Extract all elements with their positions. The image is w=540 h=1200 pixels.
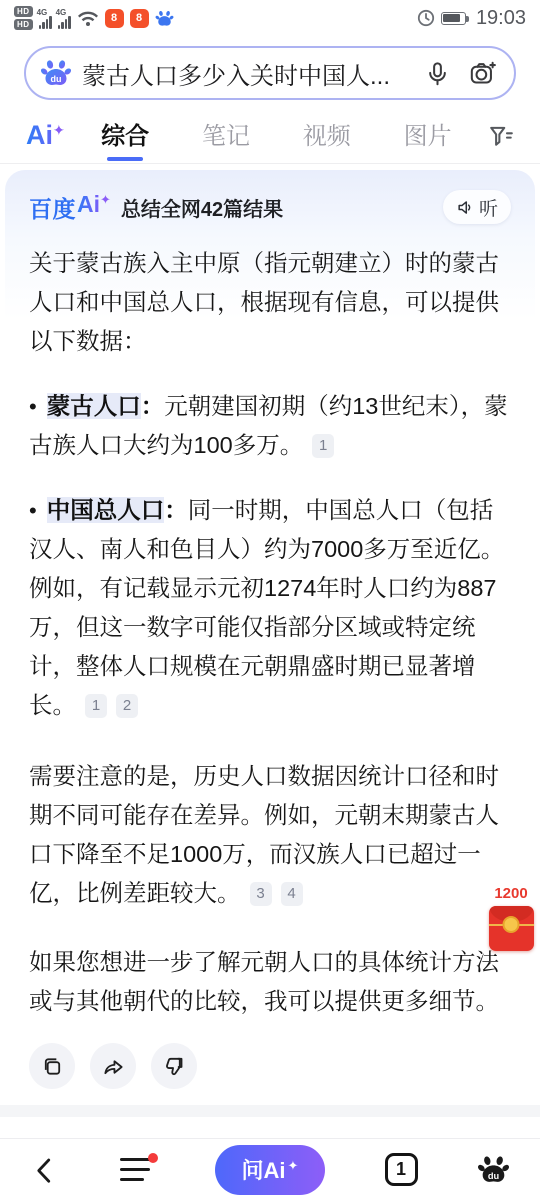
listen-label: 听 bbox=[479, 194, 498, 221]
signal-icon: 4G bbox=[39, 8, 52, 29]
paw-du-text: du bbox=[488, 1171, 500, 1181]
copy-button[interactable] bbox=[29, 1043, 75, 1089]
citation-badge[interactable]: 3 bbox=[250, 882, 272, 906]
wifi-icon bbox=[77, 10, 99, 27]
hd-icon: HD bbox=[14, 6, 33, 17]
scheduled-power-icon bbox=[417, 9, 435, 27]
summary-count-label: 总结全网42篇结果 bbox=[121, 193, 443, 222]
red-envelope-icon bbox=[489, 906, 534, 951]
hd-indicators: HD HD bbox=[14, 6, 33, 30]
share-icon bbox=[102, 1055, 125, 1078]
citation-badge[interactable]: 1 bbox=[312, 434, 334, 458]
nav-spacer bbox=[0, 1117, 540, 1138]
intro-paragraph: 关于蒙古族入主中原（指元朝建立）时的蒙古人口和中国总人口，根据现有信息，可以提供… bbox=[29, 244, 511, 361]
share-button[interactable] bbox=[90, 1043, 136, 1089]
tab-tupian[interactable]: 图片 bbox=[402, 108, 454, 163]
battery-icon bbox=[441, 12, 466, 25]
citation-badge[interactable]: 2 bbox=[116, 694, 138, 718]
copy-icon bbox=[41, 1055, 64, 1078]
search-input[interactable]: du 蒙古人口多少入关时中国人... bbox=[24, 46, 516, 100]
search-query: 蒙古人口多少入关时中国人... bbox=[82, 56, 424, 91]
ai-answer-body: 关于蒙古族入主中原（指元朝建立）时的蒙古人口和中国总人口，根据现有信息，可以提供… bbox=[29, 244, 511, 1021]
citation-badge[interactable]: 1 bbox=[85, 694, 107, 718]
answer-action-row bbox=[29, 1043, 511, 1089]
tab-zonghe[interactable]: 综合 bbox=[99, 108, 151, 163]
baidu-paw-icon bbox=[155, 9, 174, 28]
entity-link[interactable]: 蒙古人口 bbox=[47, 393, 141, 419]
notification-dot bbox=[148, 1153, 158, 1163]
bullet-mongol-population: •蒙古人口：元朝建国初期（约13世纪末），蒙古族人口大约为100多万。1 bbox=[29, 387, 511, 465]
camera-search-icon[interactable] bbox=[469, 60, 496, 87]
back-button[interactable] bbox=[30, 1155, 60, 1185]
thumbs-down-button[interactable] bbox=[151, 1043, 197, 1089]
citation-badge[interactable]: 4 bbox=[281, 882, 303, 906]
entity-link[interactable]: 中国总人口 bbox=[47, 497, 165, 523]
outro-paragraph: 如果您想进一步了解元朝人口的具体统计方法或与其他朝代的比较，我可以提供更多细节。 bbox=[29, 943, 511, 1021]
ai-plus-logo[interactable]: Ai✦ bbox=[26, 120, 65, 151]
bottom-navigation: 问Ai✦ 1 du bbox=[0, 1138, 540, 1200]
kuaishou-app-icon: 8 bbox=[130, 9, 149, 28]
section-divider bbox=[0, 1105, 540, 1117]
hd-icon: HD bbox=[14, 19, 33, 30]
status-bar: HD HD 4G 4G 8 8 19:0 bbox=[0, 0, 540, 36]
tab-shipin[interactable]: 视频 bbox=[301, 108, 353, 163]
microphone-icon[interactable] bbox=[424, 60, 451, 87]
tab-counter-button[interactable]: 1 bbox=[385, 1153, 418, 1186]
listen-button[interactable]: 听 bbox=[443, 190, 511, 224]
baidu-home-button[interactable]: du bbox=[477, 1153, 510, 1186]
ai-summary-card: 百度Ai✦ 总结全网42篇结果 听 关于蒙古族入主中原（指元朝建立）时的蒙古人口… bbox=[5, 170, 535, 1105]
baidu-ai-logo: 百度Ai✦ bbox=[29, 191, 111, 224]
thumbs-down-icon bbox=[163, 1055, 186, 1078]
filter-icon[interactable] bbox=[488, 123, 514, 149]
tab-biji[interactable]: 笔记 bbox=[200, 108, 252, 163]
signal-icon: 4G bbox=[58, 8, 71, 29]
svg-text:du: du bbox=[51, 74, 62, 84]
result-tab-bar: Ai✦ 综合 笔记 视频 图片 bbox=[0, 108, 540, 164]
red-packet-widget[interactable]: 1200 bbox=[484, 884, 538, 951]
speaker-icon bbox=[456, 198, 475, 217]
menu-button[interactable] bbox=[120, 1157, 156, 1183]
note-paragraph: 需要注意的是，历史人口数据因统计口径和时期不同可能存在差异。例如，元朝末期蒙古人… bbox=[29, 757, 511, 913]
baidu-logo-icon: du bbox=[40, 57, 72, 89]
ask-ai-button[interactable]: 问Ai✦ bbox=[215, 1145, 325, 1195]
clock-time: 19:03 bbox=[476, 7, 526, 30]
red-packet-count: 1200 bbox=[490, 884, 531, 904]
kuaishou-app-icon: 8 bbox=[105, 9, 124, 28]
bullet-china-population: •中国总人口：同一时期，中国总人口（包括汉人、南人和色目人）约为7000多万至近… bbox=[29, 491, 511, 725]
